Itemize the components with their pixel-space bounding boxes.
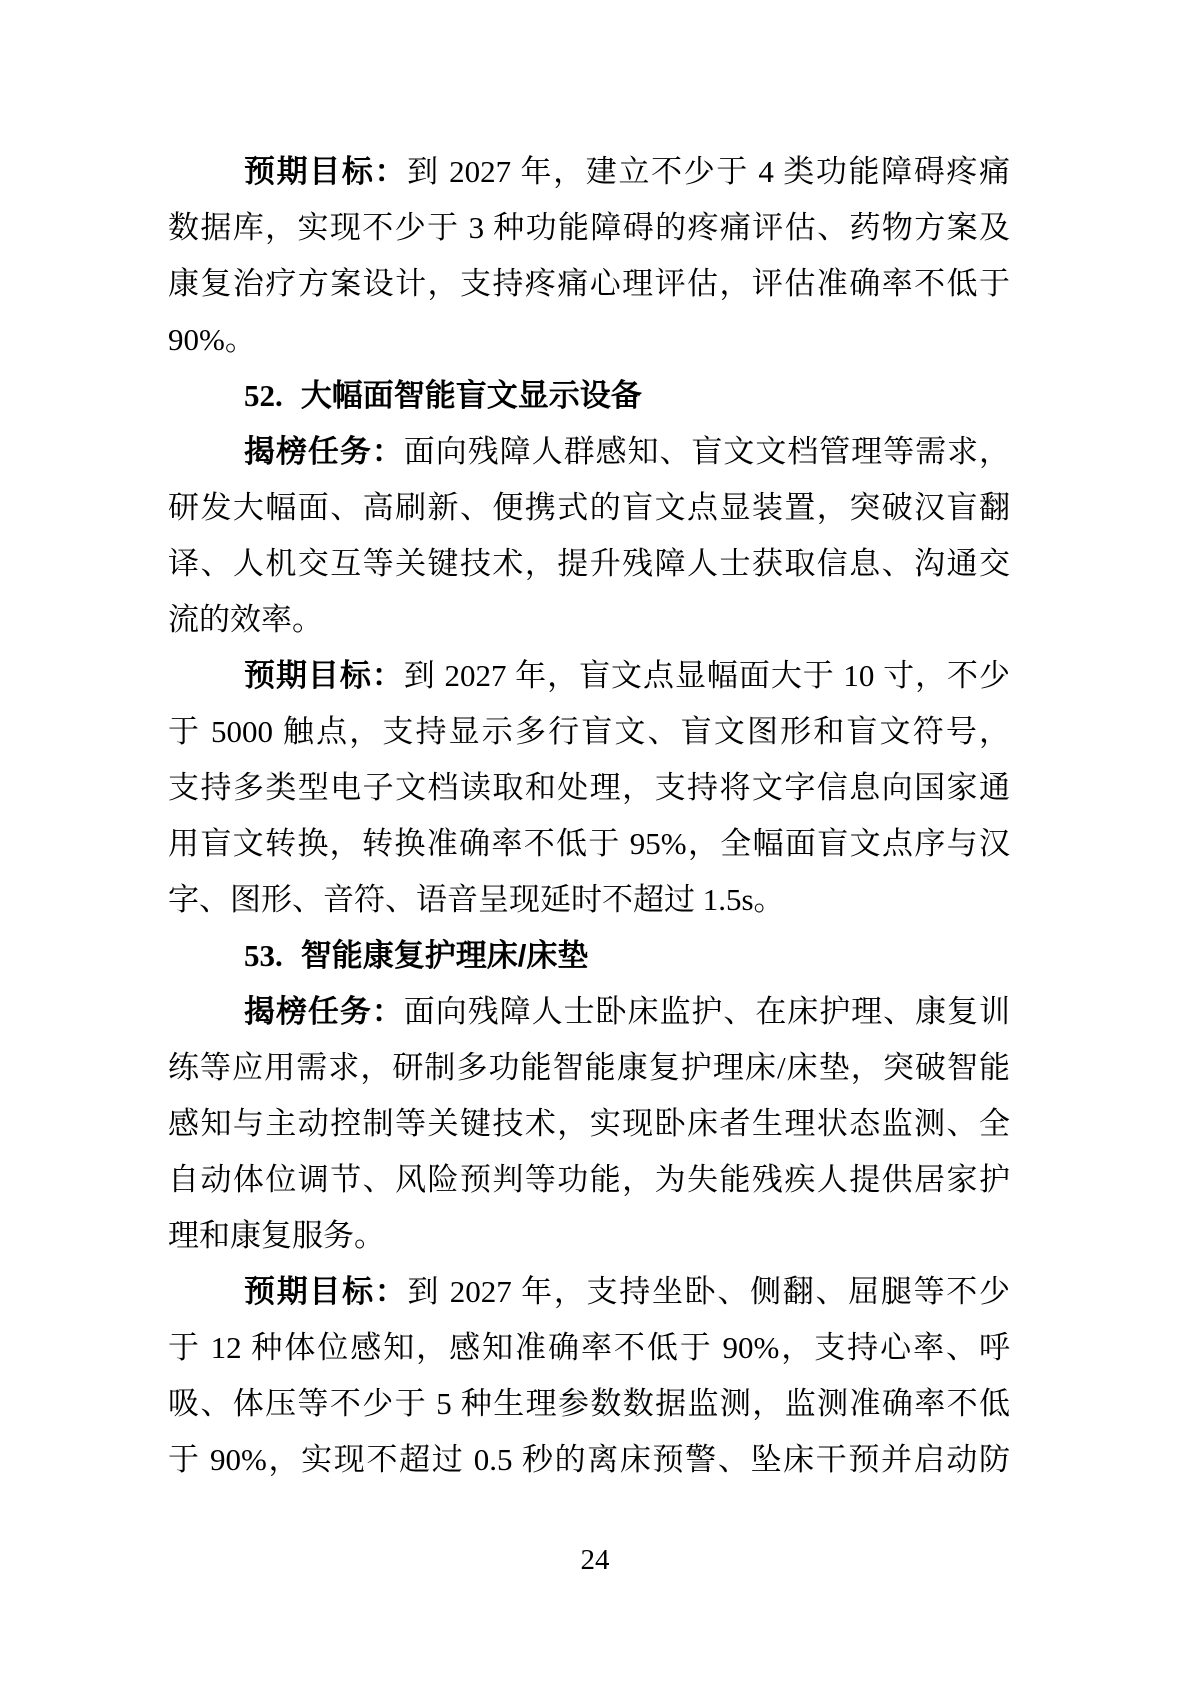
text-line: 自动体位调节、风险预判等功能，为失能残疾人提供居家护 (168, 1152, 1010, 1208)
text-line: 研发大幅面、高刷新、便携式的盲文点显装置，突破汉盲翻 (168, 480, 1010, 536)
para-task-52: 揭榜任务：面向残障人群感知、盲文文档管理等需求， 研发大幅面、高刷新、便携式的盲… (168, 424, 1010, 648)
text-line: 预期目标：到 2027 年，建立不少于 4 类功能障碍疼痛 (168, 144, 1010, 200)
document-page: 预期目标：到 2027 年，建立不少于 4 类功能障碍疼痛 数据库，实现不少于 … (0, 0, 1190, 1683)
page-number: 24 (0, 1543, 1190, 1577)
text-line: 流的效率。 (168, 592, 1010, 648)
para-label-expected-goal: 预期目标： (244, 1274, 408, 1309)
text-line: 预期目标：到 2027 年，支持坐卧、侧翻、屈腿等不少 (168, 1264, 1010, 1320)
heading-task-53: 53.智能康复护理床/床垫 (168, 928, 1010, 984)
text-line: 于 12 种体位感知，感知准确率不低于 90%，支持心率、呼 (168, 1320, 1010, 1376)
para-label-task: 揭榜任务： (244, 434, 404, 469)
text-line: 字、图形、音符、语音呈现延时不超过 1.5s。 (168, 872, 1010, 928)
text-line: 译、人机交互等关键技术，提升残障人士获取信息、沟通交 (168, 536, 1010, 592)
text-line: 于 90%，实现不超过 0.5 秒的离床预警、坠床干预并启动防 (168, 1432, 1010, 1488)
heading-task-52: 52.大幅面智能盲文显示设备 (168, 368, 1010, 424)
text-line: 感知与主动控制等关键技术，实现卧床者生理状态监测、全 (168, 1096, 1010, 1152)
heading-title: 智能康复护理床/床垫 (301, 938, 589, 973)
text-line-rest: 到 2027 年，支持坐卧、侧翻、屈腿等不少 (408, 1274, 1010, 1309)
para-expected-goal-53: 预期目标：到 2027 年，支持坐卧、侧翻、屈腿等不少 于 12 种体位感知，感… (168, 1264, 1010, 1488)
text-line-rest: 到 2027 年，盲文点显幅面大于 10 寸，不少 (404, 658, 1010, 693)
text-line: 预期目标：到 2027 年，盲文点显幅面大于 10 寸，不少 (168, 648, 1010, 704)
heading-title: 大幅面智能盲文显示设备 (301, 378, 642, 413)
text-line: 用盲文转换，转换准确率不低于 95%，全幅面盲文点序与汉 (168, 816, 1010, 872)
page-content: 预期目标：到 2027 年，建立不少于 4 类功能障碍疼痛 数据库，实现不少于 … (168, 144, 1010, 1488)
heading-number: 52. (244, 378, 283, 413)
para-expected-goal-task51: 预期目标：到 2027 年，建立不少于 4 类功能障碍疼痛 数据库，实现不少于 … (168, 144, 1010, 368)
text-line: 理和康复服务。 (168, 1208, 1010, 1264)
text-line: 于 5000 触点，支持显示多行盲文、盲文图形和盲文符号， (168, 704, 1010, 760)
para-expected-goal-52: 预期目标：到 2027 年，盲文点显幅面大于 10 寸，不少 于 5000 触点… (168, 648, 1010, 928)
para-label-task: 揭榜任务： (244, 994, 404, 1029)
text-line: 支持多类型电子文档读取和处理，支持将文字信息向国家通 (168, 760, 1010, 816)
text-line: 数据库，实现不少于 3 种功能障碍的疼痛评估、药物方案及 (168, 200, 1010, 256)
text-line: 揭榜任务：面向残障人士卧床监护、在床护理、康复训 (168, 984, 1010, 1040)
para-label-expected-goal: 预期目标： (244, 658, 404, 693)
para-label-expected-goal: 预期目标： (244, 154, 407, 189)
text-line: 康复治疗方案设计，支持疼痛心理评估，评估准确率不低于 (168, 256, 1010, 312)
text-line: 90%。 (168, 312, 1010, 368)
heading-number: 53. (244, 938, 283, 973)
text-line: 揭榜任务：面向残障人群感知、盲文文档管理等需求， (168, 424, 1010, 480)
text-line: 练等应用需求，研制多功能智能康复护理床/床垫，突破智能 (168, 1040, 1010, 1096)
text-line-rest: 到 2027 年，建立不少于 4 类功能障碍疼痛 (407, 154, 1010, 189)
para-task-53: 揭榜任务：面向残障人士卧床监护、在床护理、康复训 练等应用需求，研制多功能智能康… (168, 984, 1010, 1264)
text-line-rest: 面向残障人群感知、盲文文档管理等需求， (404, 434, 1010, 469)
text-line-rest: 面向残障人士卧床监护、在床护理、康复训 (404, 994, 1010, 1029)
text-line: 吸、体压等不少于 5 种生理参数数据监测，监测准确率不低 (168, 1376, 1010, 1432)
